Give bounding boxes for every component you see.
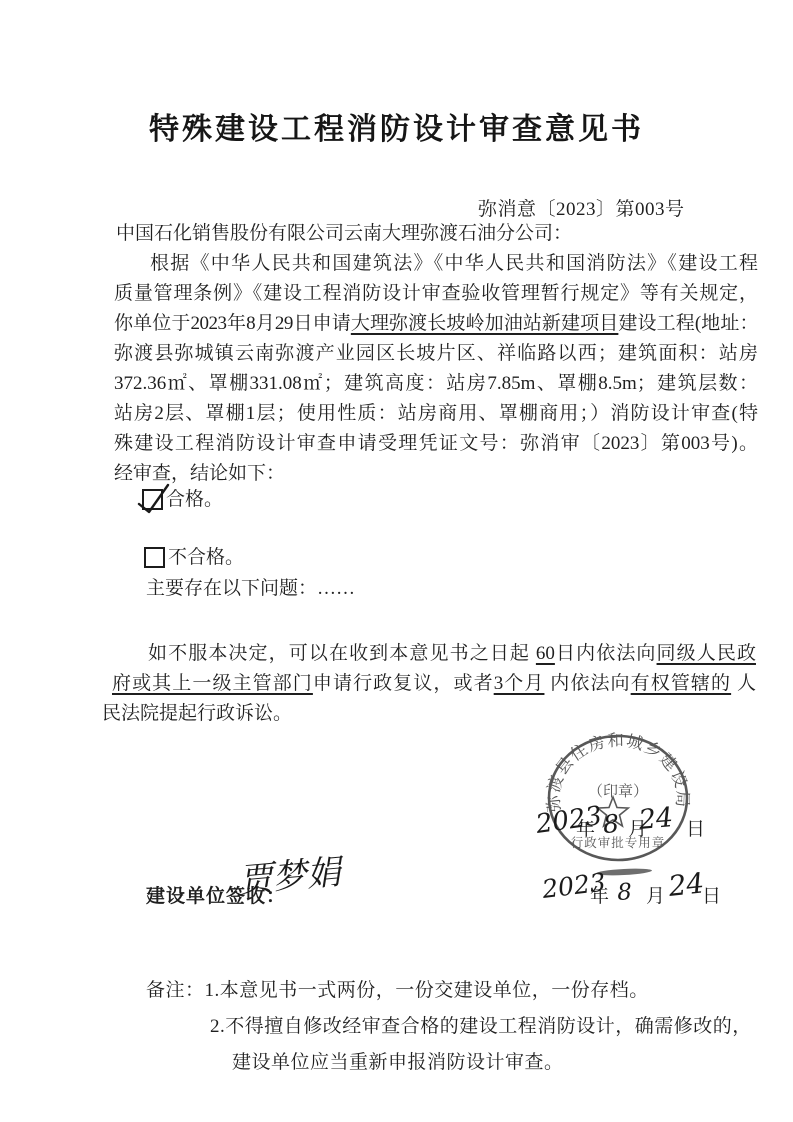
document-page: 特殊建设工程消防设计审查意见书 弥消意〔2023〕第003号 中国石化销售股份有… — [0, 0, 793, 1122]
seal-date-handwritten-day: 24 — [638, 805, 674, 834]
note-3: 建设单位应当重新申报消防设计审查。 — [232, 1052, 564, 1073]
notes-line-3: 建设单位应当重新申报消防设计审查。 — [232, 1050, 564, 1076]
appeal-text: 人 — [731, 673, 756, 694]
pass-label: 合格。 — [166, 487, 223, 513]
body-line-2: 质量管理条例》《建设工程消防设计审查验收管理暂行规定》等有关规定， — [114, 280, 758, 307]
appeal-line-1: 如不服本决定，可以在收到本意见书之日起 60日内依法向同级人民政 — [112, 640, 756, 667]
body-line-3: 你单位于2023年8月29日申请大理弥渡长坡岭加油站新建项目建设工程(地址： — [114, 310, 758, 337]
seal-center-label: （印章） — [588, 782, 648, 800]
body-line-7: 殊建设工程消防设计审查申请受理凭证文号：弥消审〔2023〕第003号)。 — [114, 430, 758, 457]
sign-date-handwritten-month: 8 — [617, 879, 633, 906]
note-2: 2.不得擅自修改经审查合格的建设工程消防设计，确需修改的， — [210, 1016, 752, 1037]
document-number: 弥消意〔2023〕第003号 — [478, 197, 685, 223]
official-seal: 弥渡县住房和城乡建设局 （印章） 行政审批专用章 — [543, 732, 693, 867]
issues-label: 主要存在以下问题：…… — [146, 576, 355, 602]
appeal-line-2: 府或其上一级主管部门申请行政复议，或者3个月 内依法向有权管辖的 人 — [112, 670, 756, 697]
fail-label: 不合格。 — [168, 545, 244, 571]
appeal-text: 日内依法向 — [555, 643, 657, 664]
document-title: 特殊建设工程消防设计审查意见书 — [0, 117, 793, 143]
body-line-3-tail: 建设工程(地址： — [618, 313, 758, 334]
sign-date-year-label: 年 — [590, 884, 609, 910]
notes-line-2: 2.不得擅自修改经审查合格的建设工程消防设计，确需修改的， — [210, 1014, 752, 1040]
handwritten-signature: 贾梦娟 — [238, 859, 342, 894]
appeal-text: 内依法向 — [544, 673, 630, 694]
pass-checkbox[interactable] — [142, 489, 163, 510]
appeal-line-3: 民法院提起行政诉讼。 — [102, 701, 292, 727]
seal-ring-text: 弥渡县住房和城乡建设局 — [543, 732, 692, 813]
body-line-3-text: 你单位于2023年8月29日申请 — [114, 313, 351, 334]
appeal-months-underlined: 3个月 — [494, 673, 545, 694]
note-1: 1.本意见书一式两份，一份交建设单位，一份存档。 — [205, 980, 649, 1001]
body-line-5: 372.36㎡、罩棚331.08㎡；建筑高度：站房7.85m、罩棚8.5m；建筑… — [114, 370, 758, 397]
appeal-text: 如不服本决定，可以在收到本意见书之日起 — [148, 643, 536, 664]
body-line-1: 根据《中华人民共和国建筑法》《中华人民共和国消防法》《建设工程 — [114, 250, 758, 277]
appeal-text: 申请行政复议，或者 — [313, 673, 494, 694]
sign-date-handwritten-day: 24 — [667, 870, 705, 900]
notes-line-1: 备注：1.本意见书一式两份，一份交建设单位，一份存档。 — [146, 978, 649, 1004]
sign-date-month-label: 月 — [646, 884, 665, 910]
fail-checkbox[interactable] — [144, 547, 165, 568]
seal-date-year-label: 年 — [576, 817, 595, 843]
appeal-dept-underlined: 府或其上一级主管部门 — [112, 673, 313, 694]
seal-date-day-label: 日 — [686, 817, 705, 843]
fail-option-row: 不合格。 — [144, 545, 244, 571]
appeal-gov-underlined: 同级人民政 — [657, 643, 756, 664]
appeal-court-underlined: 有权管辖的 — [631, 673, 731, 694]
project-name-underlined: 大理弥渡长坡岭加油站新建项目 — [351, 313, 619, 334]
notes-label: 备注： — [146, 980, 205, 1001]
pass-option-row: 合格。 — [142, 487, 223, 513]
appeal-days-underlined: 60 — [536, 643, 555, 664]
body-line-4: 弥渡县弥城镇云南弥渡产业园区长坡片区、祥临路以西；建筑面积：站房 — [114, 340, 758, 367]
body-line-6: 站房2层、罩棚1层；使用性质：站房商用、罩棚商用；）消防设计审查(特 — [114, 400, 758, 427]
salutation: 中国石化销售股份有限公司云南大理弥渡石油分公司： — [116, 221, 572, 247]
check-mark-icon — [136, 480, 174, 516]
seal-date-handwritten-month: 8 — [602, 811, 620, 838]
sign-date-day-label: 日 — [702, 884, 721, 910]
